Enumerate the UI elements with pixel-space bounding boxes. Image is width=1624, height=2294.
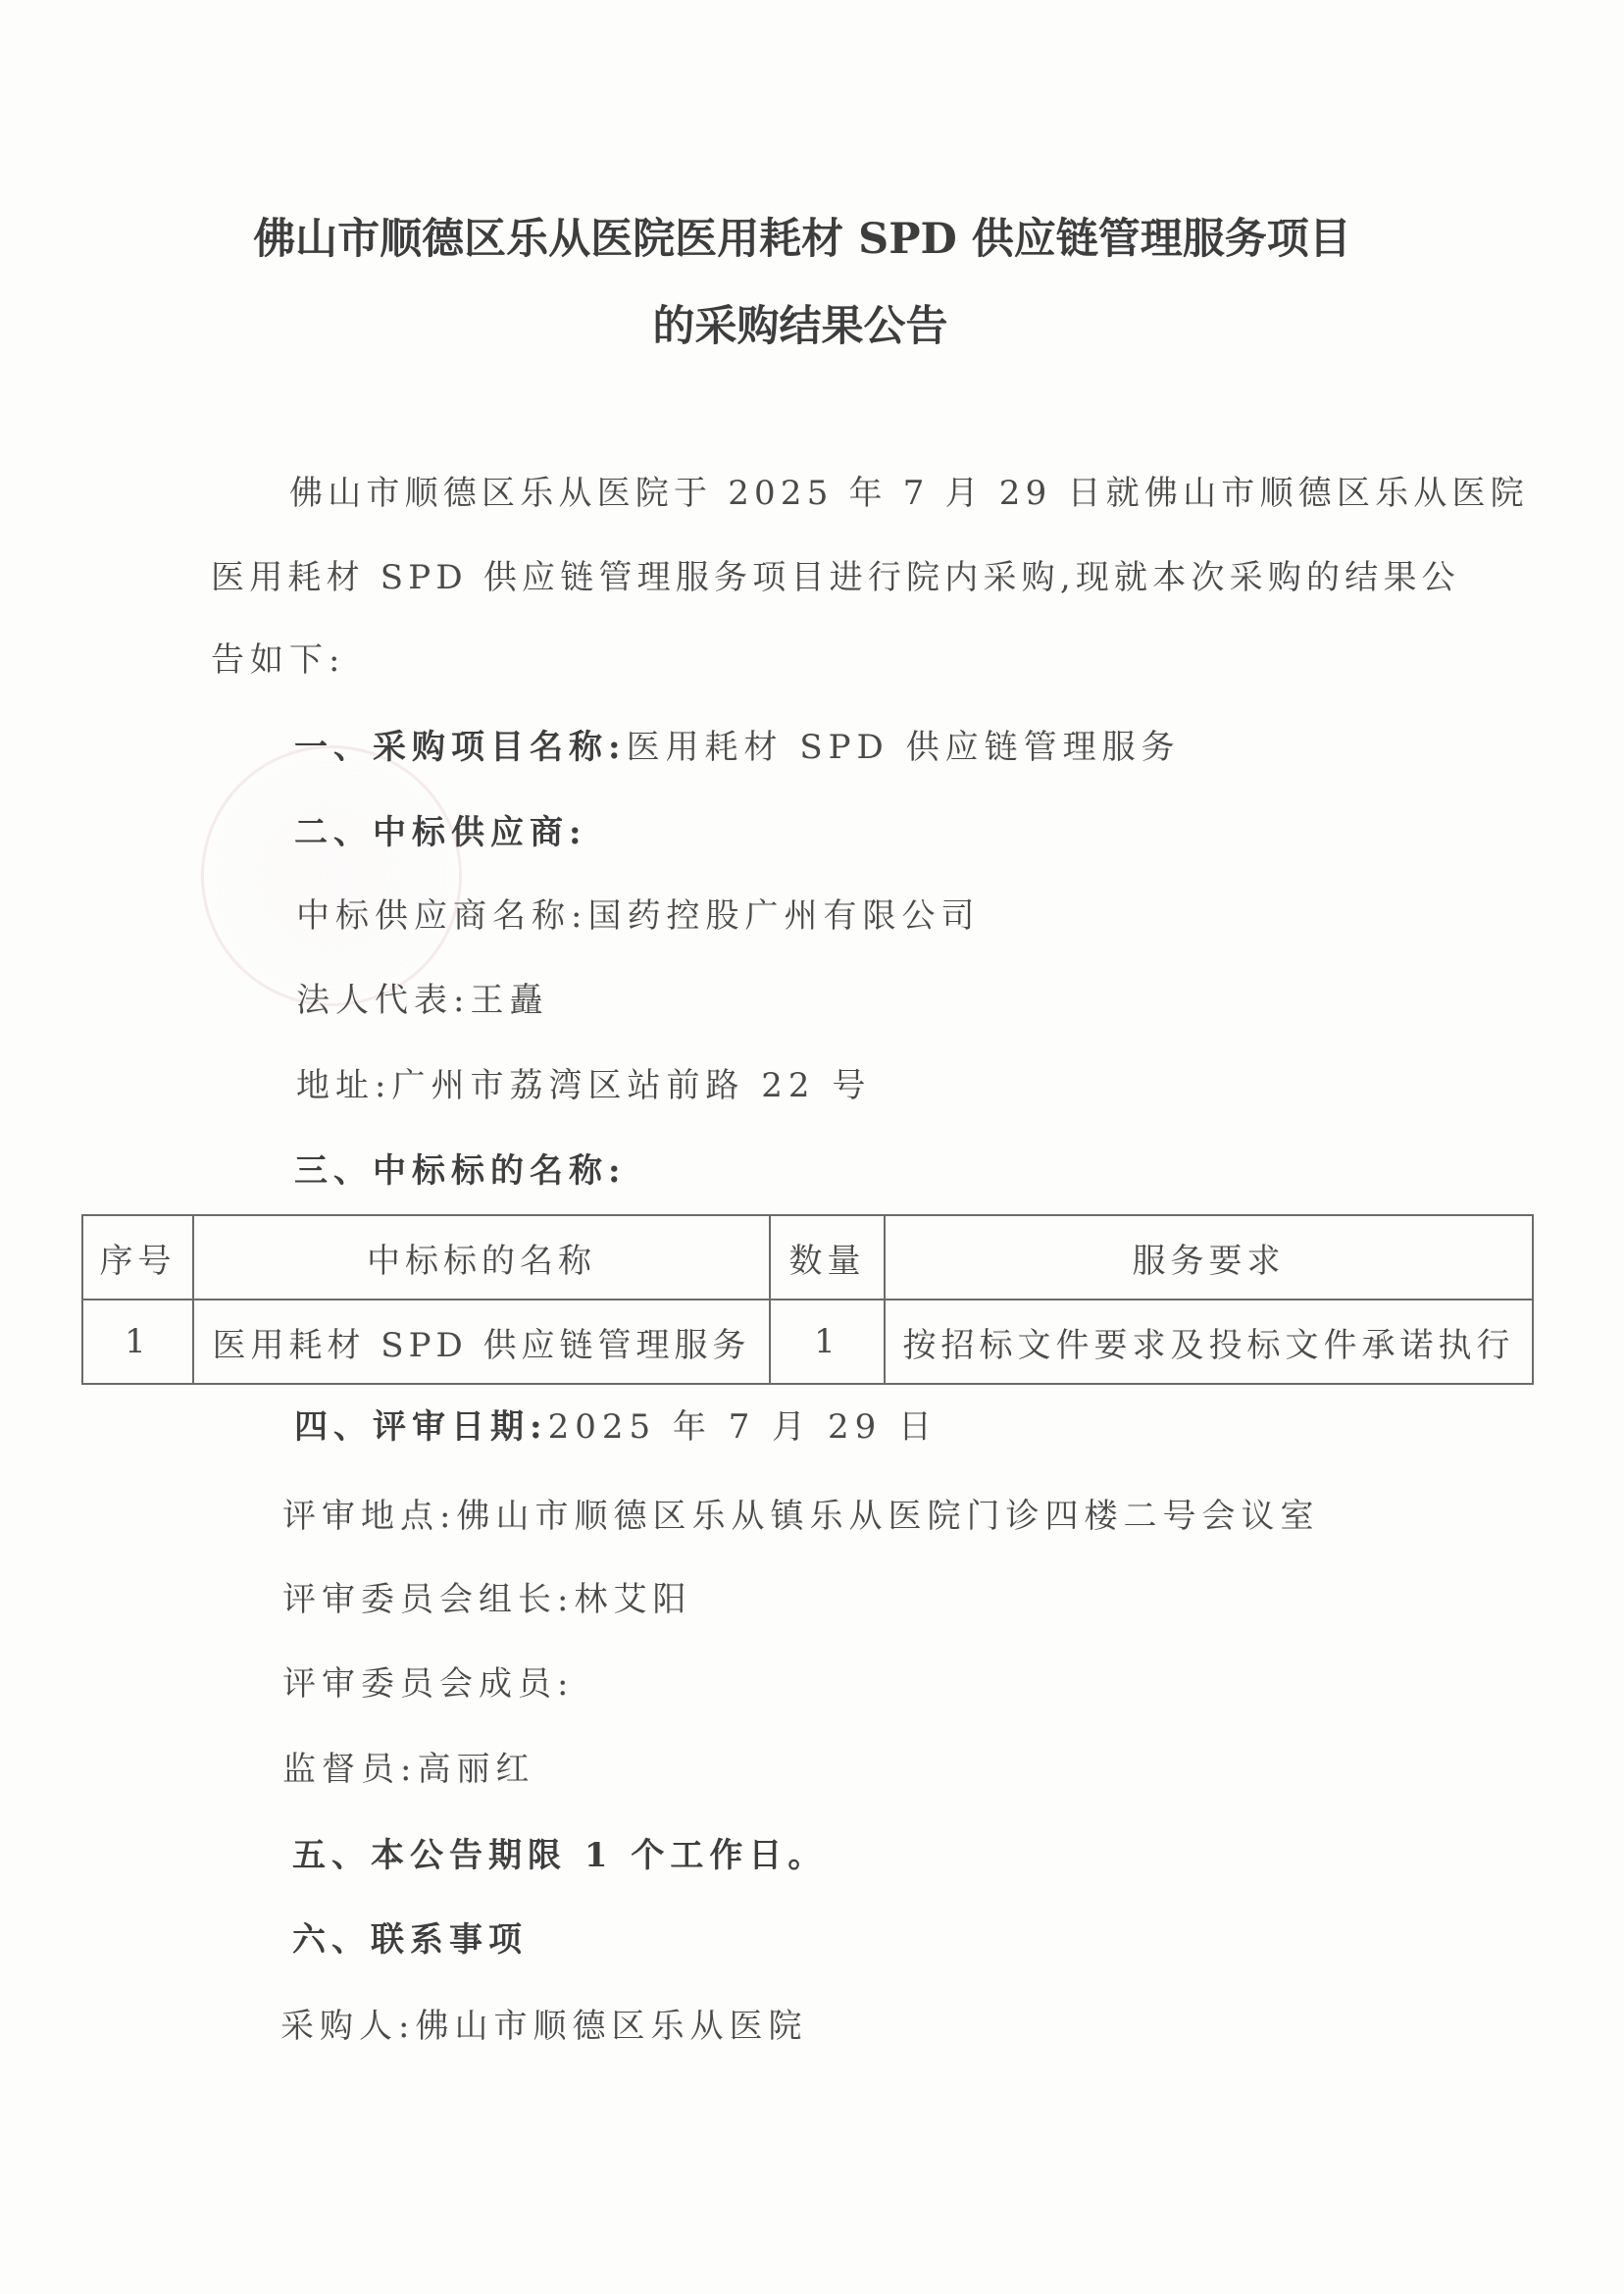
supervisor-line: 监督员:高丽红	[282, 1748, 534, 1791]
committee-members-line: 评审委员会成员:	[282, 1662, 574, 1706]
address-value: 广州市荔湾区站前路 22 号	[391, 1066, 871, 1105]
buyer-label: 采购人:	[280, 2007, 415, 2046]
table-cell-index: 1	[82, 1300, 193, 1384]
committee-leader-label: 评审委员会组长:	[282, 1580, 574, 1619]
table-header-cell: 中标标的名称	[193, 1215, 770, 1300]
section3-heading: 三、中标标的名称:	[294, 1149, 627, 1193]
section4-heading: 四、评审日期:	[294, 1407, 548, 1447]
section4-item: 四、评审日期:2025 年 7 月 29 日	[294, 1405, 938, 1449]
review-location-line: 评审地点:佛山市顺德区乐从镇乐从医院门诊四楼二号会议室	[282, 1495, 1319, 1538]
supervisor-label: 监督员:	[282, 1750, 417, 1789]
table-header-cell: 数量	[770, 1215, 885, 1300]
committee-leader: 林艾阳	[574, 1580, 691, 1619]
address-line: 地址:广州市荔湾区站前路 22 号	[296, 1064, 871, 1107]
supervisor-name: 高丽红	[417, 1750, 534, 1789]
intro-paragraph-line2: 医用耗材 SPD 供应链管理服务项目进行院内采购,现就本次采购的结果公	[211, 556, 1460, 599]
intro-paragraph-line3: 告如下:	[211, 638, 345, 682]
buyer-line: 采购人:佛山市顺德区乐从医院	[280, 2005, 807, 2048]
table-cell-item-name: 医用耗材 SPD 供应链管理服务	[193, 1300, 770, 1384]
review-location-label: 评审地点:	[282, 1497, 456, 1536]
table-header-row: 序号 中标标的名称 数量 服务要求	[82, 1215, 1533, 1300]
section5-heading: 五、本公告期限 1 个工作日。	[292, 1834, 827, 1877]
document-page: 佛山市顺德区乐从医院医用耗材 SPD 供应链管理服务项目 的采购结果公告 佛山市…	[0, 0, 1624, 2294]
buyer-name: 佛山市顺德区乐从医院	[415, 2007, 807, 2046]
table-header-cell: 序号	[82, 1215, 193, 1300]
legal-rep-label: 法人代表:	[296, 981, 470, 1020]
committee-leader-line: 评审委员会组长:林艾阳	[282, 1578, 691, 1621]
project-name: 医用耗材 SPD 供应链管理服务	[627, 728, 1181, 767]
table-header-cell: 服务要求	[885, 1215, 1533, 1300]
committee-members-label: 评审委员会成员:	[282, 1664, 574, 1704]
table-row: 1 医用耗材 SPD 供应链管理服务 1 按招标文件要求及投标文件承诺执行	[82, 1300, 1533, 1384]
review-location: 佛山市顺德区乐从镇乐从医院门诊四楼二号会议室	[456, 1497, 1319, 1536]
official-seal-stamp	[201, 745, 462, 1006]
document-title-line2: 的采购结果公告	[0, 293, 1612, 353]
section6-heading: 六、联系事项	[292, 1918, 528, 1962]
award-table: 序号 中标标的名称 数量 服务要求 1 医用耗材 SPD 供应链管理服务 1 按…	[81, 1214, 1534, 1385]
intro-paragraph-line1: 佛山市顺德区乐从医院于 2025 年 7 月 29 日就佛山市顺德区乐从医院	[289, 472, 1529, 515]
supplier-name-line: 中标供应商名称:国药控股广州有限公司	[296, 894, 980, 938]
section1-heading: 一、采购项目名称:	[294, 728, 627, 767]
supplier-name-label: 中标供应商名称:	[296, 896, 587, 936]
review-date: 2025 年 7 月 29 日	[548, 1407, 938, 1447]
document-title-line1: 佛山市顺德区乐从医院医用耗材 SPD 供应链管理服务项目	[0, 206, 1614, 266]
legal-rep-line: 法人代表:王矗	[296, 979, 548, 1022]
supplier-name: 国药控股广州有限公司	[587, 896, 980, 936]
section2-heading: 二、中标供应商:	[294, 811, 587, 854]
table-cell-service-requirement: 按招标文件要求及投标文件承诺执行	[885, 1300, 1533, 1384]
legal-rep-name: 王矗	[470, 981, 548, 1020]
address-label: 地址:	[296, 1066, 391, 1105]
table-cell-quantity: 1	[770, 1300, 885, 1384]
section1-item: 一、采购项目名称:医用耗材 SPD 供应链管理服务	[294, 726, 1181, 769]
